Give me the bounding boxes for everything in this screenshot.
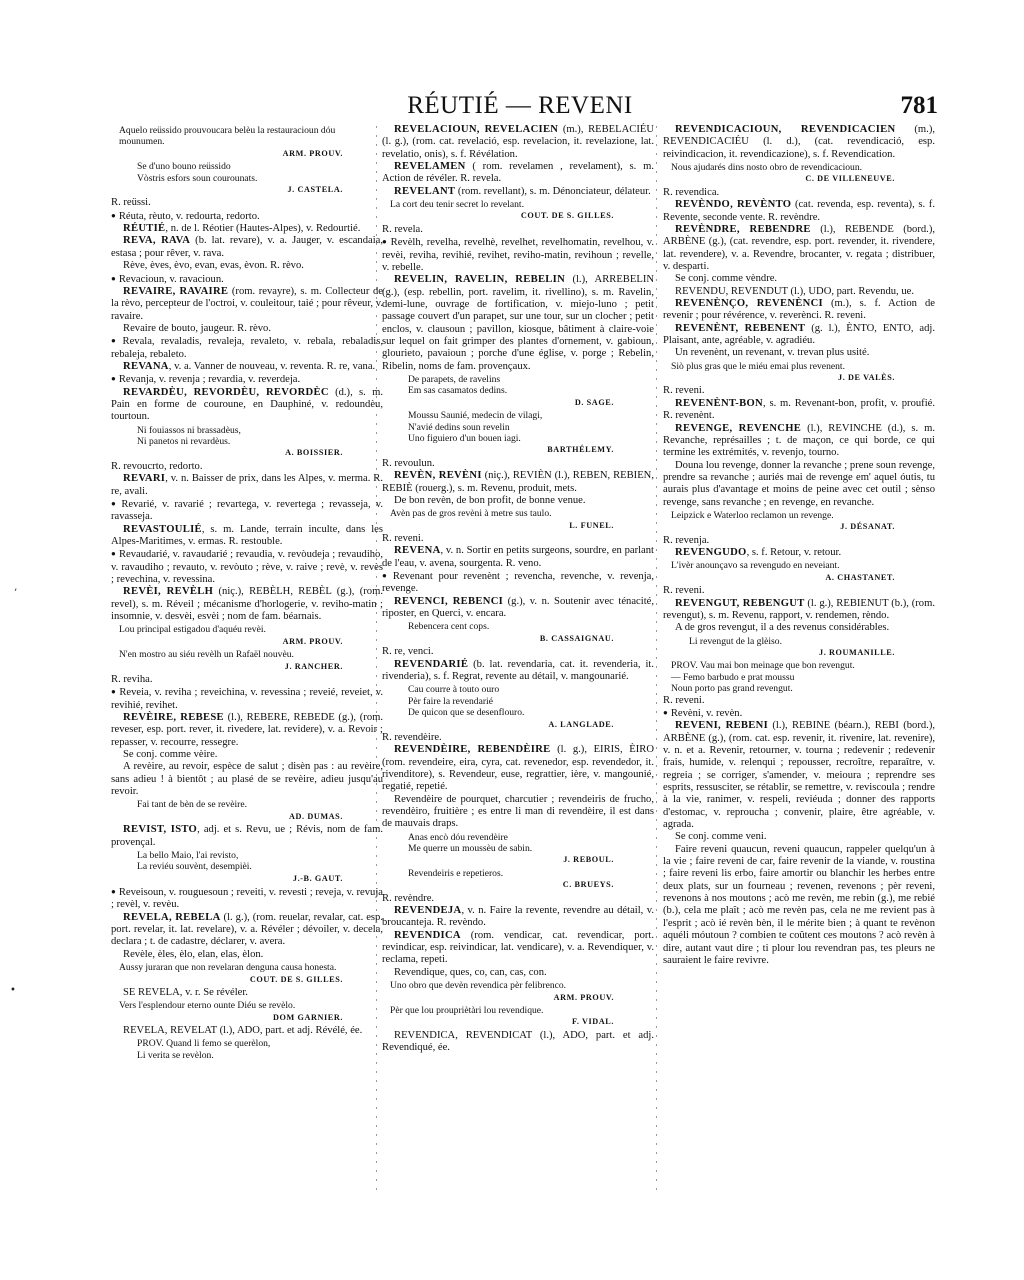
- paragraph-text: Revendique, ques, co, can, cas, con.: [394, 967, 547, 978]
- cross-ref-bullet: Reveia, v. reviha ; reveichina, v. reves…: [111, 686, 383, 712]
- paragraph-text: A de gros revengut, il a des revenus con…: [675, 622, 889, 633]
- quote-line: Vòstris esfors soun courounats.: [137, 173, 383, 184]
- quote-line: Noun porto pas grand revengut.: [671, 683, 935, 694]
- citation-quote: PROV. Quand li femo se querèlon,Li verit…: [111, 1038, 383, 1061]
- quote-line: Rebencera cent cops.: [408, 621, 654, 632]
- headword: REVANA: [123, 361, 169, 372]
- paragraph-text: Revala, revaladis, revaleja, revaleto, v…: [111, 336, 383, 359]
- dictionary-entry: REVENÈNÇO, REVENÈNCI (m.), s. f. Action …: [663, 298, 935, 323]
- quote-author: J. DE VALÈS.: [671, 372, 935, 383]
- cross-ref-bullet: Revala, revaladis, revaleja, revaleto, v…: [111, 335, 383, 361]
- dictionary-entry: REVAIRE, RAVAIRE (rom. revayre), s. m. C…: [111, 286, 383, 323]
- headword: REVÈIRE, REBESE: [123, 712, 224, 723]
- dictionary-entry: REVENDARIÉ (b. lat. revendaria, cat. it.…: [382, 659, 654, 684]
- quote-author: C. BRUEYS.: [408, 879, 654, 890]
- dictionary-entry: REVIST, ISTO, adj. et s. Revu, ue ; Révi…: [111, 824, 383, 849]
- dictionary-entry: REVENDÈIRE, REBENDÈIRE (l. g.), EIRIS, È…: [382, 744, 654, 793]
- entry-paragraph: De bon revèn, de bon profit, de bonne ve…: [382, 495, 654, 507]
- entry-paragraph: Se conj. comme vèire.: [111, 749, 383, 761]
- column-1: Aquelo reüssido prouvoucara belèu la res…: [111, 124, 383, 1061]
- paragraph-text: Revèle, èles, èlo, elan, elas, èlon.: [123, 949, 263, 960]
- paragraph-text: R. reüssi.: [111, 197, 151, 208]
- headword: REVENDARIÉ: [394, 659, 468, 670]
- quote-author: J. CASTELA.: [137, 184, 383, 195]
- paragraph-text: Revèni, v. revèn.: [671, 708, 742, 719]
- cross-ref-bullet: Reveisoun, v. rouguesoun ; reveiti, v. r…: [111, 886, 383, 912]
- etymology-ref: R. reveni.: [663, 385, 935, 397]
- paragraph-text: Revaire de bouto, jaugeur. R. rèvo.: [123, 323, 271, 334]
- citation-quote: Pèr que lou proupriètàri lou revendique.…: [382, 1005, 654, 1028]
- paragraph-text: Rève, èves, èvo, evan, evas, èvon. R. rè…: [123, 260, 304, 271]
- entry-paragraph: Revendèire de pourquet, charcutier ; rev…: [382, 794, 654, 831]
- headword: REVIST, ISTO: [123, 824, 197, 835]
- quote-author: L. FUNEL.: [390, 520, 654, 531]
- entry-paragraph: Revèle, èles, èlo, elan, elas, èlon.: [111, 949, 383, 961]
- dictionary-entry: RÉUTIÉ, n. de l. Réotier (Hautes-Alpes),…: [111, 223, 383, 235]
- cross-ref-bullet: Revacioun, v. ravacioun.: [111, 273, 383, 286]
- quote-author: ARM. PROUV.: [119, 148, 383, 159]
- etymology-ref: R. revendica.: [663, 187, 935, 199]
- paragraph-text: R. revendèire.: [382, 732, 442, 743]
- margin-mark: •: [10, 985, 16, 996]
- citation-quote: Leipzick e Waterloo reclamon un revenge.…: [663, 510, 935, 533]
- entry-paragraph: Se conj. comme vèndre.: [663, 273, 935, 285]
- citation-quote: La cort deu tenir secret lo revelant.COU…: [382, 199, 654, 222]
- citation-quote: Ni fouiassos ni brassadèus,Ni panetos ni…: [111, 425, 383, 459]
- etymology-ref: R. revoucrto, redorto.: [111, 461, 383, 473]
- paragraph-text: REVENDICA, REVENDICAT (l.), ADO, part. e…: [382, 1030, 654, 1053]
- quote-author: AD. DUMAS.: [137, 811, 383, 822]
- etymology-ref: R. re, venci.: [382, 646, 654, 658]
- paragraph-text: Revarié, v. ravarié ; revartega, v. reve…: [111, 499, 383, 522]
- headword: REVENDEJA: [394, 905, 461, 916]
- headword: REVARI: [123, 473, 165, 484]
- paragraph-text: R. revenja.: [663, 535, 709, 546]
- entry-paragraph: A de gros revengut, il a des revenus con…: [663, 622, 935, 634]
- headword: REVENDÈIRE, REBENDÈIRE: [394, 744, 551, 755]
- paragraph-text: REVELA, REVELAT (l.), ADO, part. et adj.…: [123, 1025, 362, 1036]
- citation-quote: Lou principal estigadou d'aquéu revèi.AR…: [111, 624, 383, 647]
- headword: REVENI, REBENI: [675, 720, 768, 731]
- dictionary-entry: REVÈN, REVÈNI (niç.), REVIÈN (l.), REBEN…: [382, 470, 654, 495]
- paragraph-text: Revaudarié, v. ravaudarié ; revaudia, v.…: [111, 549, 383, 585]
- citation-quote: Aquelo reüssido prouvoucara belèu la res…: [111, 125, 383, 159]
- cross-ref-bullet: Réuta, rèuto, v. redourta, redorto.: [111, 210, 383, 223]
- citation-quote: Nous ajudarés dins nosto obro de revendi…: [663, 162, 935, 185]
- quote-author: F. VIDAL.: [390, 1016, 654, 1027]
- quote-author: DOM GARNIER.: [119, 1012, 383, 1023]
- dictionary-entry: REVASTOULIÉ, s. m. Lande, terrain incult…: [111, 524, 383, 549]
- quote-line: La reviéu souvènt, desempièi.: [137, 861, 383, 872]
- quote-line: De parapets, de ravelins: [408, 374, 654, 385]
- etymology-ref: R. reviha.: [111, 674, 383, 686]
- quote-author: J. REBOUL.: [408, 854, 654, 865]
- citation-quote: Anas encò dóu revendèireMe querre un mou…: [382, 832, 654, 866]
- definition: (rom. revellant), s. m. Dénonciateur, dé…: [455, 186, 651, 197]
- quote-author: A. CHASTANET.: [671, 572, 935, 583]
- entry-paragraph: REVENDU, REVENDUT (l.), UDO, part. Reven…: [663, 286, 935, 298]
- citation-quote: De parapets, de ravelinsEm sas casamatos…: [382, 374, 654, 408]
- headword: REVELACIOUN, REVELACIEN: [394, 124, 558, 135]
- dictionary-entry: REVARI, v. n. Baisser de prix, dans les …: [111, 473, 383, 498]
- definition: (l.), ARREBELIN (g.), (esp. rebellin, po…: [382, 274, 654, 371]
- paragraph-text: R. revèndre.: [382, 893, 434, 904]
- dictionary-entry: REVENI, REBENI (l.), REBINE (béarn.), RE…: [663, 720, 935, 831]
- quote-line: Pèr faire la revendarié: [408, 696, 654, 707]
- quote-author: B. CASSAIGNAU.: [408, 633, 654, 644]
- dictionary-entry: REVENDICA (rom. vendicar, cat. revendica…: [382, 930, 654, 967]
- paragraph-text: A revèire, au revoir, espèce de salut ; …: [111, 761, 383, 797]
- quote-line: Nous ajudarés dins nosto obro de revendi…: [671, 162, 935, 173]
- quote-author: COUT. DE S. GILLES.: [119, 974, 383, 985]
- quote-author: J. RANCHER.: [119, 661, 383, 672]
- headword: REVASTOULIÉ: [123, 524, 202, 535]
- citation-quote: Avèn pas de gros revèni à metre sus taul…: [382, 508, 654, 531]
- quote-author: J. ROUMANILLE.: [689, 647, 935, 658]
- quote-line: Aussy juraran que non revelaran denguna …: [119, 962, 383, 973]
- etymology-ref: R. reveni.: [663, 585, 935, 597]
- quote-line: PROV. Quand li femo se querèlon,: [137, 1038, 383, 1049]
- entry-paragraph: Se conj. comme veni.: [663, 831, 935, 843]
- paragraph-text: Se conj. comme veni.: [675, 831, 767, 842]
- headword: REVENDICACIOUN, REVENDICACIEN: [675, 124, 895, 135]
- paragraph-text: Un revenènt, un revenant, v. trevan plus…: [675, 347, 869, 358]
- entry-paragraph: Faire reveni quaucun, reveni quaucun, ra…: [663, 844, 935, 967]
- cross-ref-bullet: Revanja, v. revenja ; revardia, v. rever…: [111, 373, 383, 386]
- etymology-ref: R. reveni.: [382, 533, 654, 545]
- entry-paragraph: Douna lou revenge, donner la revanche ; …: [663, 460, 935, 509]
- headword: RÉUTIÉ: [123, 223, 165, 234]
- quote-line: N'avié dedins soun revelin: [408, 422, 654, 433]
- page-number: 781: [901, 92, 939, 120]
- paragraph-text: R. revoucrto, redorto.: [111, 461, 203, 472]
- entry-paragraph: Revaire de bouto, jaugeur. R. rèvo.: [111, 323, 383, 335]
- paragraph-text: Revanja, v. revenja ; revardia, v. rever…: [119, 374, 300, 385]
- etymology-ref: R. revèndre.: [382, 893, 654, 905]
- dictionary-entry: REVARDÈU, REVORDÈU, REVORDÈC (d.), s. m.…: [111, 387, 383, 424]
- quote-author: J. DÉSANAT.: [671, 521, 935, 532]
- running-title: RÉUTIÉ — REVENI: [100, 92, 940, 120]
- paragraph-text: R. re, venci.: [382, 646, 433, 657]
- quote-line: La cort deu tenir secret lo revelant.: [390, 199, 654, 210]
- quote-author: A. LANGLADE.: [408, 719, 654, 730]
- quote-line: — Femo barbudo e prat moussu: [671, 672, 935, 683]
- paragraph-text: R. reveni.: [663, 385, 704, 396]
- definition: , v. a. Vanner de nouveau, v. reventa. R…: [169, 361, 375, 372]
- headword: REVELANT: [394, 186, 455, 197]
- quote-line: Fai tant de bèn de se revèire.: [137, 799, 383, 810]
- quote-line: Aquelo reüssido prouvoucara belèu la res…: [119, 125, 383, 148]
- citation-quote: Uno obro que devèn revendica pèr felibre…: [382, 980, 654, 1003]
- headword: REVENGUDO: [675, 547, 747, 558]
- etymology-ref: R. revela.: [382, 224, 654, 236]
- etymology-ref: R. revendèire.: [382, 732, 654, 744]
- quote-line: PROV. Vau mai bon meinage que bon reveng…: [671, 660, 935, 671]
- definition: (l.), REBINE (béarn.), REBI (bord.), ARB…: [663, 720, 935, 830]
- quote-line: Ni fouiassos ni brassadèus,: [137, 425, 383, 436]
- headword: REVENÈNT-BON: [675, 398, 763, 409]
- dictionary-entry: REVENGE, REVENCHE (l.), REVINCHE (d.), s…: [663, 423, 935, 460]
- headword: REVÈNDRE, REBENDRE: [675, 224, 811, 235]
- citation-quote: Li revengut de la glèiso.J. ROUMANILLE.: [663, 636, 935, 659]
- dictionary-entry: REVENCI, REBENCI (g.), v. n. Soutenir av…: [382, 596, 654, 621]
- paragraph-text: R. revoulun.: [382, 458, 435, 469]
- headword: REVELAMEN: [394, 161, 466, 172]
- definition: , n. de l. Réotier (Hautes-Alpes), v. Re…: [165, 223, 360, 234]
- headword: REVENÈNÇO, REVENÈNCI: [675, 298, 823, 309]
- quote-line: La bello Maio, l'ai revisto,: [137, 850, 383, 861]
- quote-line: Siò plus gras que le miéu emai plus reve…: [671, 361, 935, 372]
- paragraph-text: Reveisoun, v. rouguesoun ; reveiti, v. r…: [111, 887, 383, 910]
- paragraph-text: De bon revèn, de bon profit, de bonne ve…: [394, 495, 586, 506]
- margin-mark: ’: [14, 588, 17, 599]
- dictionary-entry: REVA, RAVA (b. lat. revare), v. a. Jauge…: [111, 235, 383, 260]
- quote-author: D. SAGE.: [408, 397, 654, 408]
- dictionary-entry: REVÈNDO, REVÈNTO (cat. revenda, esp. rev…: [663, 199, 935, 224]
- quote-line: Revendeiris e repetieros.: [408, 868, 654, 879]
- citation-quote: Se d'uno bouno reüssidoVòstris esfors so…: [111, 161, 383, 195]
- dictionary-entry: REVELAMEN ( rom. revelamen , revelament)…: [382, 161, 654, 186]
- quote-line: Me querre un moussèu de sabin.: [408, 843, 654, 854]
- cross-ref-bullet: Revèlh, revelha, revelhè, revelhet, reve…: [382, 236, 654, 274]
- paragraph-text: R. reveni.: [663, 585, 704, 596]
- paragraph-text: REVENDU, REVENDUT (l.), UDO, part. Reven…: [675, 286, 914, 297]
- cross-ref-bullet: Revèni, v. revèn.: [663, 707, 935, 720]
- entry-paragraph: Rève, èves, èvo, evan, evas, èvon. R. rè…: [111, 260, 383, 272]
- quote-line: Anas encò dóu revendèire: [408, 832, 654, 843]
- dictionary-entry: REVENDEJA, v. n. Faire la revente, reven…: [382, 905, 654, 930]
- headword: REVENDICA: [394, 930, 461, 941]
- headword: REVÈNDO, REVÈNTO: [675, 199, 791, 210]
- quote-line: Se d'uno bouno reüssido: [137, 161, 383, 172]
- entry-paragraph: SE REVELA, v. r. Se révéler.: [111, 987, 383, 999]
- headword: REVÈN, REVÈNI: [394, 470, 482, 481]
- citation-quote: Cau courre à touto ouroPèr faire la reve…: [382, 684, 654, 730]
- quote-line: Li verita se revèlon.: [137, 1050, 383, 1061]
- quote-author: ARM. PROUV.: [390, 992, 654, 1003]
- headword: REVELIN, RAVELIN, REBELIN: [394, 274, 565, 285]
- etymology-ref: R. reüssi.: [111, 197, 383, 209]
- citation-quote: La bello Maio, l'ai revisto,La reviéu so…: [111, 850, 383, 884]
- quote-line: Vers l'esplendour eterno ounte Diéu se r…: [119, 1000, 383, 1011]
- dictionary-entry: REVENGUT, REBENGUT (l. g.), REBIENUT (b.…: [663, 598, 935, 623]
- cross-ref-bullet: Revenant pour revenènt ; revencha, reven…: [382, 570, 654, 596]
- quote-line: Lou principal estigadou d'aquéu revèi.: [119, 624, 383, 635]
- quote-author: BARTHÉLEMY.: [408, 444, 654, 455]
- quote-author: ARM. PROUV.: [119, 636, 383, 647]
- column-2: REVELACIOUN, REVELACIEN (m.), REBELACIÉU…: [382, 124, 654, 1054]
- paragraph-text: Reveia, v. reviha ; reveichina, v. reves…: [111, 687, 383, 710]
- column-divider: [656, 126, 657, 1196]
- citation-quote: L'ivèr anounçavo sa revengudo en neveian…: [663, 560, 935, 583]
- paragraph-text: R. revendica.: [663, 187, 719, 198]
- paragraph-text: R. reveni.: [382, 533, 423, 544]
- etymology-ref: R. revenja.: [663, 535, 935, 547]
- etymology-ref: R. reveni.: [663, 695, 935, 707]
- paragraph-text: Revendèire de pourquet, charcutier ; rev…: [382, 794, 654, 830]
- entry-paragraph: Un revenènt, un revenant, v. trevan plus…: [663, 347, 935, 359]
- dictionary-entry: REVANA, v. a. Vanner de nouveau, v. reve…: [111, 361, 383, 373]
- quote-line: Cau courre à touto ouro: [408, 684, 654, 695]
- quote-author: J.-B. GAUT.: [137, 873, 383, 884]
- citation-quote: Fai tant de bèn de se revèire.AD. DUMAS.: [111, 799, 383, 822]
- paragraph-text: SE REVELA, v. r. Se révéler.: [123, 987, 248, 998]
- etymology-ref: R. revoulun.: [382, 458, 654, 470]
- quote-author: COUT. DE S. GILLES.: [390, 210, 654, 221]
- dictionary-entry: REVELA, REBELA (l. g.), (rom. reuelar, r…: [111, 912, 383, 949]
- quote-line: Em sas casamatos dedins.: [408, 385, 654, 396]
- entry-paragraph: REVELA, REVELAT (l.), ADO, part. et adj.…: [111, 1025, 383, 1037]
- citation-quote: Vers l'esplendour eterno ounte Diéu se r…: [111, 1000, 383, 1023]
- entry-paragraph: REVENDICA, REVENDICAT (l.), ADO, part. e…: [382, 1030, 654, 1055]
- citation-quote: N'en mostro au siéu revèlh un Rafaël nou…: [111, 649, 383, 672]
- paragraph-text: Se conj. comme vèndre.: [675, 273, 777, 284]
- quote-line: De quicon que se desenflouro.: [408, 707, 654, 718]
- quote-line: Uno figuiero d'un bouen iagi.: [408, 433, 654, 444]
- cross-ref-bullet: Revaudarié, v. ravaudarié ; revaudia, v.…: [111, 548, 383, 586]
- entry-paragraph: Revendique, ques, co, can, cas, con.: [382, 967, 654, 979]
- quote-author: C. DE VILLENEUVE.: [671, 173, 935, 184]
- headword: REVA, RAVA: [123, 235, 190, 246]
- quote-line: Leipzick e Waterloo reclamon un revenge.: [671, 510, 935, 521]
- dictionary-entry: REVENDICACIOUN, REVENDICACIEN (m.), REVE…: [663, 124, 935, 161]
- citation-quote: Rebencera cent cops.B. CASSAIGNAU.: [382, 621, 654, 644]
- quote-line: Ni panetos ni revardèus.: [137, 436, 383, 447]
- citation-quote: Aussy juraran que non revelaran denguna …: [111, 962, 383, 985]
- paragraph-text: Revenant pour revenènt ; revencha, reven…: [382, 571, 654, 594]
- headword: REVENA: [394, 545, 441, 556]
- headword: REVARDÈU, REVORDÈU, REVORDÈC: [123, 387, 329, 398]
- paragraph-text: Réuta, rèuto, v. redourta, redorto.: [119, 211, 260, 222]
- paragraph-text: Faire reveni quaucun, reveni quaucun, ra…: [663, 844, 935, 966]
- paragraph-text: Revèlh, revelha, revelhè, revelhet, reve…: [382, 237, 654, 273]
- quote-line: Moussu Saunié, medecin de vilagi,: [408, 410, 654, 421]
- dictionary-entry: REVÈIRE, REBESE (l.), REBERE, REBEDE (g.…: [111, 712, 383, 749]
- column-3: REVENDICACIOUN, REVENDICACIEN (m.), REVE…: [663, 124, 935, 967]
- headword: REVAIRE, RAVAIRE: [123, 286, 228, 297]
- citation-quote: PROV. Vau mai bon meinage que bon reveng…: [663, 660, 935, 694]
- definition: , s. f. Retour, v. retour.: [747, 547, 842, 558]
- dictionary-entry: REVÈNDRE, REBENDRE (l.), REBENDE (bord.)…: [663, 224, 935, 273]
- paragraph-text: R. reviha.: [111, 674, 152, 685]
- page-header: RÉUTIÉ — REVENI 781: [100, 92, 940, 122]
- paragraph-text: R. revela.: [382, 224, 423, 235]
- dictionary-entry: REVENA, v. n. Sortir en petits surgeons,…: [382, 545, 654, 570]
- paragraph-text: R. reveni.: [663, 695, 704, 706]
- headword: REVENGUT, REBENGUT: [675, 598, 805, 609]
- headword: REVENCI, REBENCI: [394, 596, 503, 607]
- citation-quote: Revendeiris e repetieros.C. BRUEYS.: [382, 868, 654, 891]
- headword: REVELA, REBELA: [123, 912, 221, 923]
- dictionary-entry: REVENÈNT-BON, s. m. Revenant-bon, profit…: [663, 398, 935, 423]
- dictionary-entry: REVELANT (rom. revellant), s. m. Dénonci…: [382, 186, 654, 198]
- citation-quote: Siò plus gras que le miéu emai plus reve…: [663, 361, 935, 384]
- headword: REVENGE, REVENCHE: [675, 423, 801, 434]
- citation-quote: Moussu Saunié, medecin de vilagi,N'avié …: [382, 410, 654, 456]
- cross-ref-bullet: Revarié, v. ravarié ; revartega, v. reve…: [111, 498, 383, 524]
- paragraph-text: Revacioun, v. ravacioun.: [119, 274, 224, 285]
- quote-line: Pèr que lou proupriètàri lou revendique.: [390, 1005, 654, 1016]
- entry-paragraph: A revèire, au revoir, espèce de salut ; …: [111, 761, 383, 798]
- quote-line: N'en mostro au siéu revèlh un Rafaël nou…: [119, 649, 383, 660]
- dictionary-entry: REVENÈNT, REBENENT (g. l.), ÈNTO, ENTO, …: [663, 323, 935, 348]
- dictionary-entry: REVÈI, REVÈLH (niç.), REBÈLH, REBÈL (g.)…: [111, 586, 383, 623]
- quote-line: L'ivèr anounçavo sa revengudo en neveian…: [671, 560, 935, 571]
- quote-line: Avèn pas de gros revèni à metre sus taul…: [390, 508, 654, 519]
- headword: REVÈI, REVÈLH: [123, 586, 213, 597]
- dictionary-entry: REVENGUDO, s. f. Retour, v. retour.: [663, 547, 935, 559]
- paragraph-text: Se conj. comme vèire.: [123, 749, 217, 760]
- paragraph-text: Douna lou revenge, donner la revanche ; …: [663, 460, 935, 508]
- dictionary-entry: REVELACIOUN, REVELACIEN (m.), REBELACIÉU…: [382, 124, 654, 161]
- quote-line: Li revengut de la glèiso.: [689, 636, 935, 647]
- dictionary-entry: REVELIN, RAVELIN, REBELIN (l.), ARREBELI…: [382, 274, 654, 373]
- quote-line: Uno obro que devèn revendica pèr felibre…: [390, 980, 654, 991]
- quote-author: A. BOISSIER.: [137, 447, 383, 458]
- headword: REVENÈNT, REBENENT: [675, 323, 805, 334]
